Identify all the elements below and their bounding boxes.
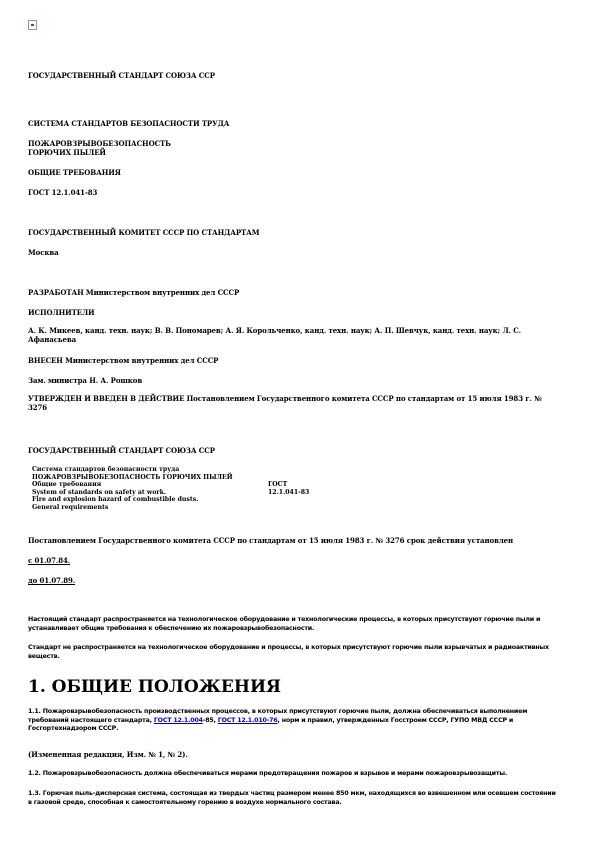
clause-1-2: 1.2. Пожаровзрывобезопасность должна обе… (28, 770, 558, 779)
table-row: ПОЖАРОВЗРЫВОБЕЗОПАСНОСТЬ ГОРЮЧИХ ПЫЛЕЙ (32, 474, 372, 482)
standard-info-table: Система стандартов безопасности труда ПО… (32, 466, 372, 511)
subtitle: ОБЩИЕ ТРЕБОВАНИЯ (28, 168, 121, 177)
title-line2: ГОРЮЧИХ ПЫЛЕЙ (28, 148, 106, 157)
state-standard-heading: ГОСУДАРСТВЕННЫЙ СТАНДАРТ СОЮЗА ССР (28, 71, 215, 80)
table-row: Fire and explosion hazard of combustible… (32, 496, 372, 504)
amended-note: (Измененная редакция, Изм. № 1, № 2). (28, 750, 188, 759)
table-cell: General requirements (32, 504, 108, 511)
introduced-by: ВНЕСЕН Министерством внутренних дел СССР (28, 356, 218, 365)
intro-paragraph-2: Стандарт не распространяется на технолог… (28, 644, 558, 661)
table-row: System of standards on safety at work.12… (32, 489, 372, 497)
title-line1: ПОЖАРОВЗРЫВОБЕЗОПАСНОСТЬ (28, 139, 171, 148)
clause-1-1: 1.1. Пожаровзрывобезопасность производст… (28, 708, 558, 734)
table-cell: System of standards on safety at work. (32, 489, 166, 496)
date-from: с 01.07.84. (28, 556, 70, 565)
table-cell: ГОСТ (268, 481, 287, 489)
standard-block-heading: ГОСУДАРСТВЕННЫЙ СТАНДАРТ СОЮЗА ССР (28, 446, 215, 455)
table-row: General requirements (32, 504, 372, 512)
executors-label: ИСПОЛНИТЕЛИ (28, 308, 95, 317)
table-row: Система стандартов безопасности труда (32, 466, 372, 474)
city: Москва (28, 248, 59, 257)
intro-paragraph-1: Настоящий стандарт распространяется на т… (28, 616, 558, 633)
section-heading: 1. ОБЩИЕ ПОЛОЖЕНИЯ (28, 677, 281, 697)
decree-statement: Постановлением Государственного комитета… (28, 536, 513, 545)
table-cell: Система стандартов безопасности труда (32, 466, 179, 473)
approved-statement: УТВЕРЖДЕН И ВВЕДЕН В ДЕЙСТВИЕ Постановле… (28, 394, 558, 412)
gost-number: ГОСТ 12.1.041-83 (28, 188, 97, 197)
gost-12-1-004-link[interactable]: ГОСТ 12.1.004 (154, 717, 203, 724)
date-to: до 01.07.89. (28, 576, 75, 585)
table-cell: Общие требования (32, 481, 101, 488)
gost-12-1-010-link[interactable]: ГОСТ 12.1.010-76 (218, 717, 278, 724)
clause-1-3: 1.3. Горючая пыль-дисперсная система, со… (28, 790, 558, 807)
table-cell: 12.1.041-83 (268, 489, 309, 497)
developed-by: РАЗРАБОТАН Министерством внутренних дел … (28, 288, 239, 297)
executors-list: А. К. Микеев, канд. техн. наук; В. В. По… (28, 326, 558, 344)
system-heading: СИСТЕМА СТАНДАРТОВ БЕЗОПАСНОСТИ ТРУДА (28, 119, 229, 128)
committee: ГОСУДАРСТВЕННЫЙ КОМИТЕТ СССР ПО СТАНДАРТ… (28, 228, 259, 237)
table-cell: Fire and explosion hazard of combustible… (32, 496, 198, 503)
deputy-minister: Зам. министра Н. А. Рошков (28, 376, 142, 385)
table-row: Общие требованияГОСТ (32, 481, 372, 489)
clause-text: -85, (203, 717, 218, 724)
broken-image-icon (28, 20, 37, 30)
table-cell: ПОЖАРОВЗРЫВОБЕЗОПАСНОСТЬ ГОРЮЧИХ ПЫЛЕЙ (32, 474, 233, 481)
document-page: ГОСУДАРСТВЕННЫЙ СТАНДАРТ СОЮЗА ССР СИСТЕ… (0, 0, 595, 842)
